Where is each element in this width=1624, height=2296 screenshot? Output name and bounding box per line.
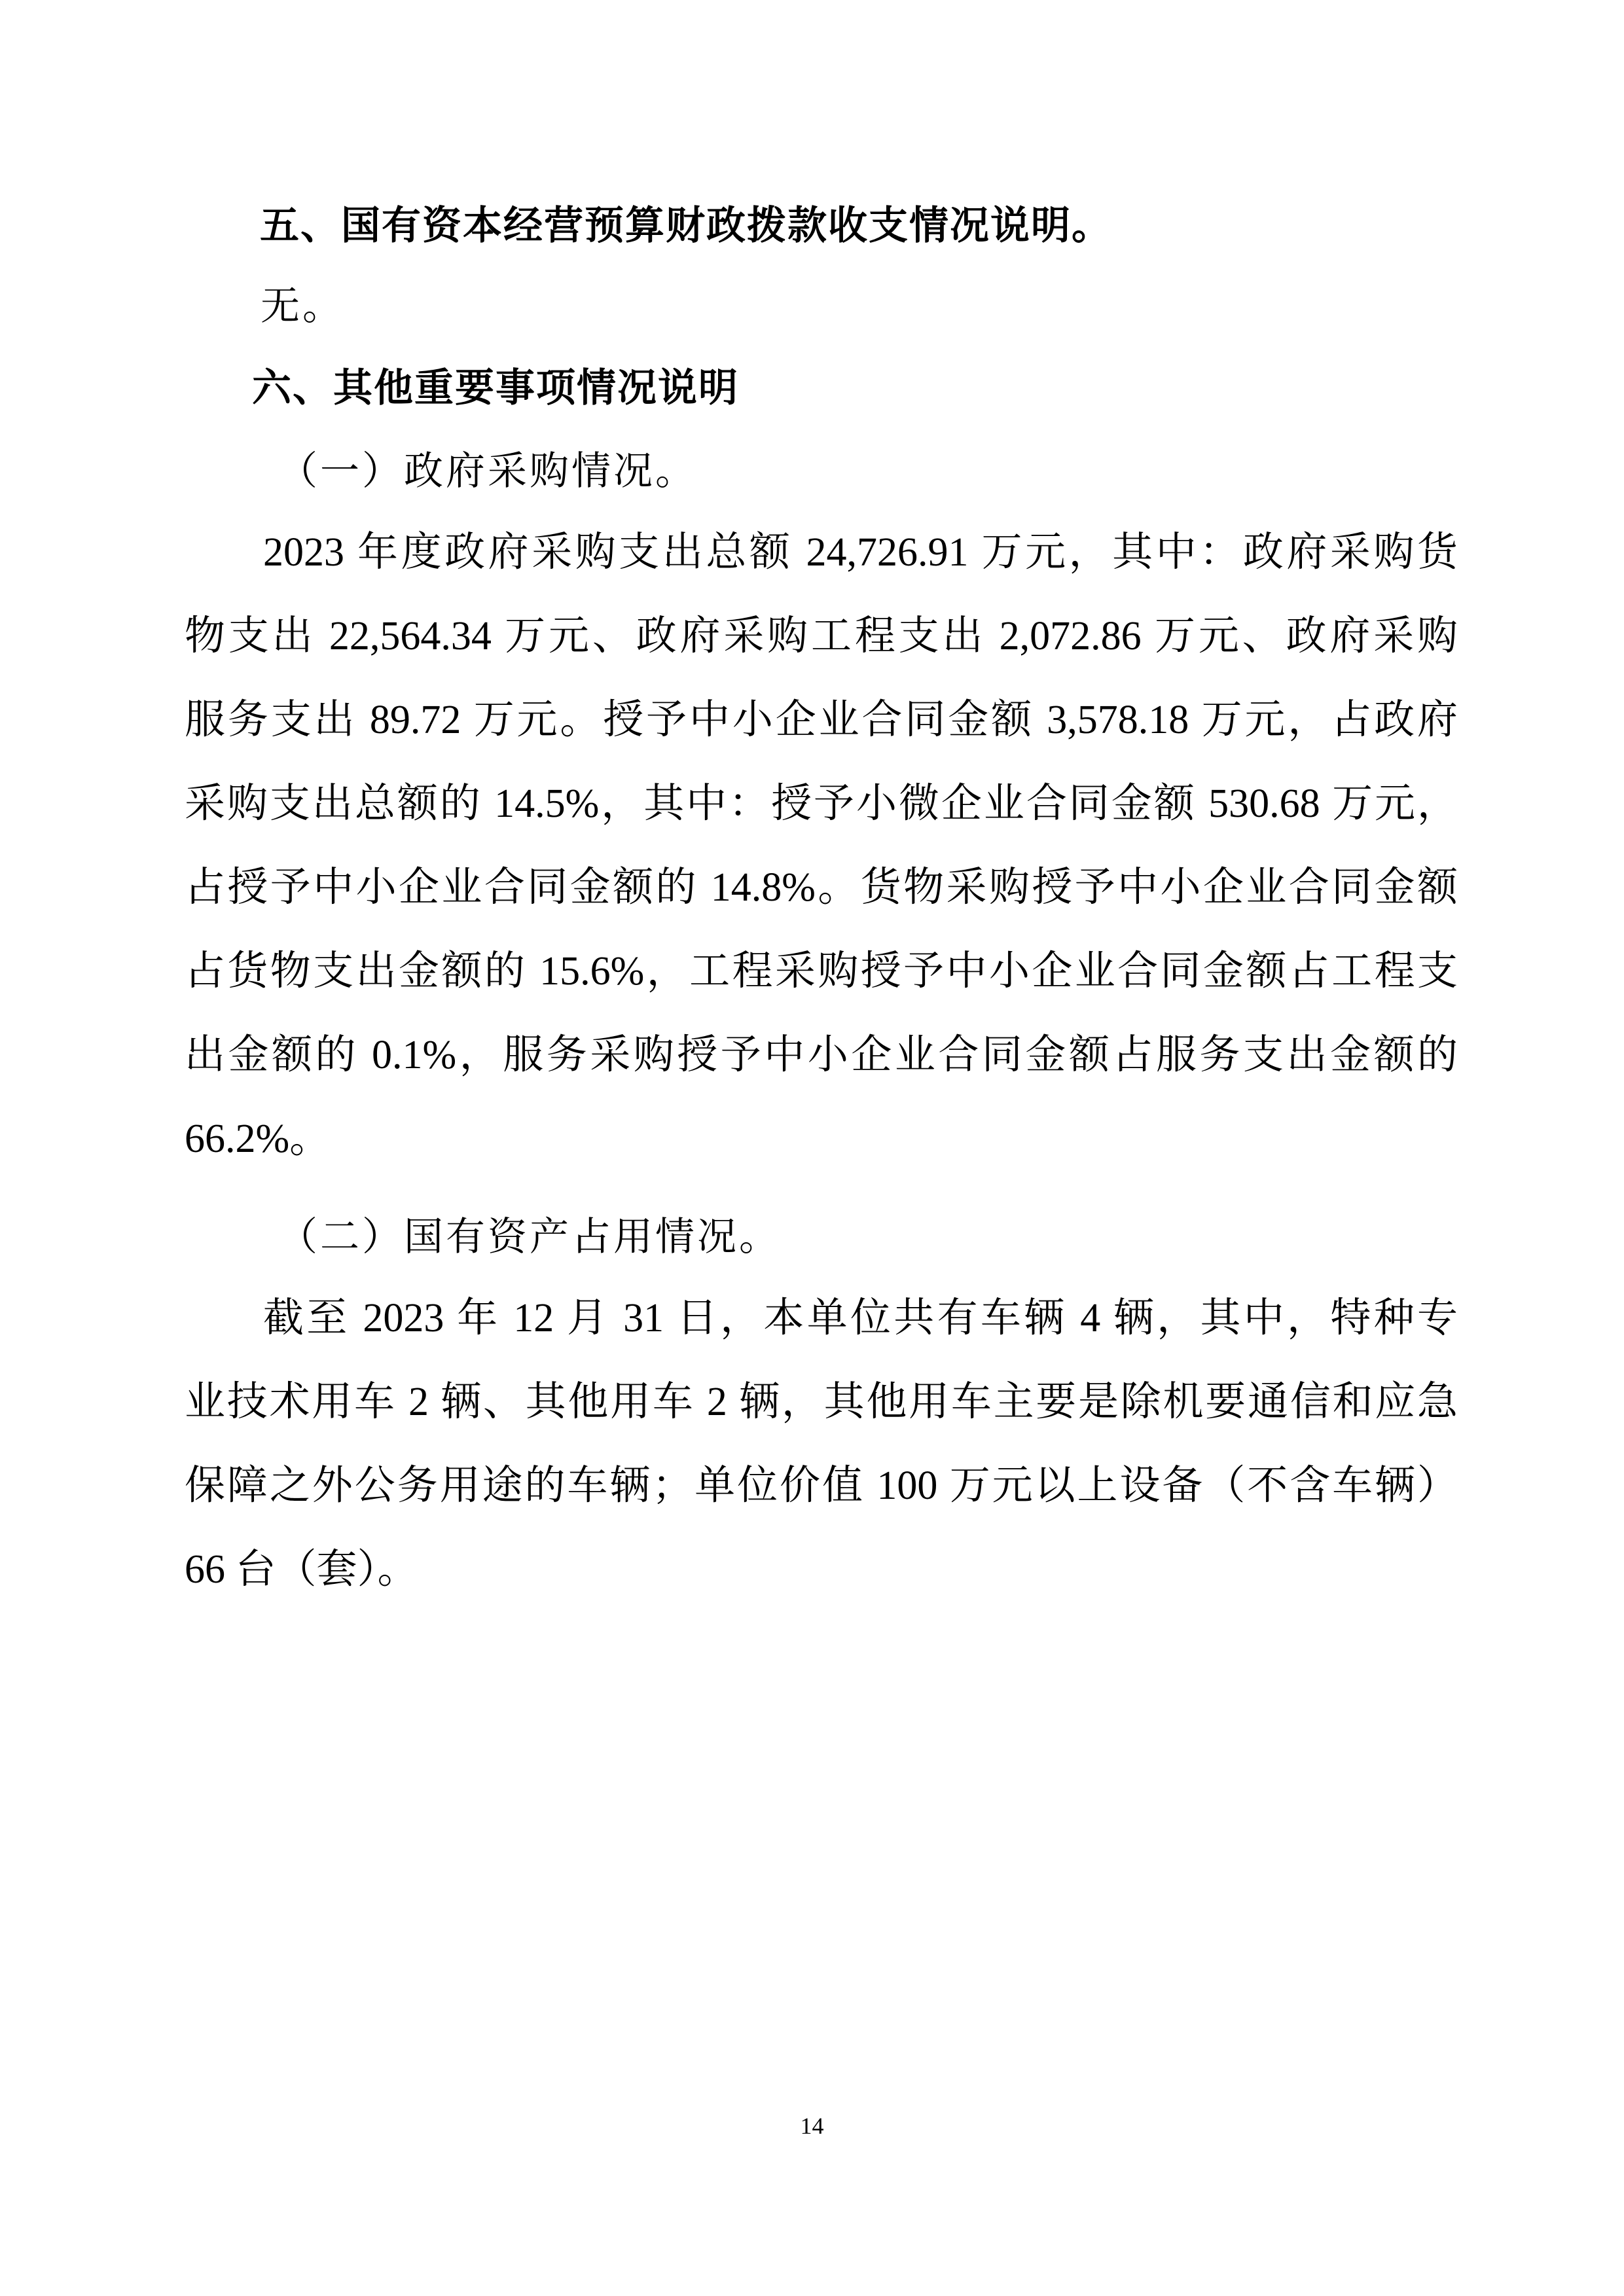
subsection-1-heading: （一）政府采购情况。 (278, 445, 697, 497)
paragraph-line: 采购支出总额的 14.5%，其中：授予小微企业合同金额 530.68 万元， (185, 762, 1458, 846)
paragraph-line: 保障之外公务用途的车辆；单位价值 100 万元以上设备（不含车辆） (185, 1444, 1458, 1528)
procurement-paragraph: 2023 年度政府采购支出总额 24,726.91 万元，其中：政府采购货 物支… (185, 511, 1458, 1181)
paragraph-line: 出金额的 0.1%，服务采购授予中小企业合同金额占服务支出金额的 (185, 1013, 1458, 1097)
paragraph-line: 占货物支出金额的 15.6%，工程采购授予中小企业合同金额占工程支 (185, 929, 1458, 1013)
paragraph-line: 截至 2023 年 12 月 31 日，本单位共有车辆 4 辆，其中，特种专 (185, 1276, 1458, 1360)
paragraph-line: 业技术用车 2 辆、其他用车 2 辆，其他用车主要是除机要通信和应急 (185, 1360, 1458, 1444)
paragraph-line: 66 台（套）。 (185, 1528, 1458, 1611)
assets-paragraph: 截至 2023 年 12 月 31 日，本单位共有车辆 4 辆，其中，特种专 业… (185, 1276, 1458, 1611)
section-5-heading: 五、国有资本经营预算财政拨款收支情况说明。 (260, 200, 1112, 252)
section-6-heading: 六、其他重要事项情况说明 (252, 362, 739, 414)
paragraph-line: 服务支出 89.72 万元。授予中小企业合同金额 3,578.18 万元，占政府 (185, 678, 1458, 762)
subsection-2-heading: （二）国有资产占用情况。 (278, 1211, 781, 1263)
document-page: 五、国有资本经营预算财政拨款收支情况说明。 无。 六、其他重要事项情况说明 （一… (0, 0, 1624, 2296)
section-5-body: 无。 (261, 280, 344, 332)
paragraph-line: 66.2%。 (185, 1097, 1458, 1181)
paragraph-line: 物支出 22,564.34 万元、政府采购工程支出 2,072.86 万元、政府… (185, 594, 1458, 678)
paragraph-line: 占授予中小企业合同金额的 14.8%。货物采购授予中小企业合同金额 (185, 846, 1458, 929)
paragraph-line: 2023 年度政府采购支出总额 24,726.91 万元，其中：政府采购货 (185, 511, 1458, 594)
page-number: 14 (0, 2113, 1624, 2139)
